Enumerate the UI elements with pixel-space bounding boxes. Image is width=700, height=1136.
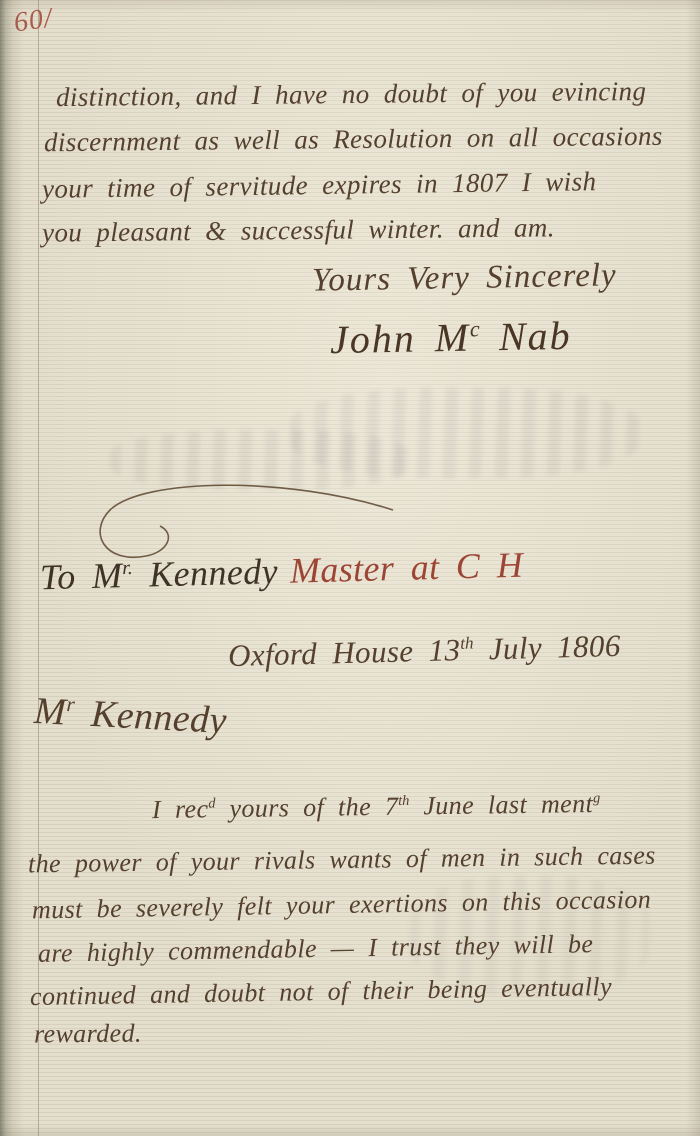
manuscript-page: 60/ distinction, and I have no doubt of … [0, 0, 700, 1136]
docket-addressee: To Mr. Kennedy [40, 551, 279, 597]
letter-dateline: Oxford House 13th July 1806 [228, 628, 622, 674]
signature-part: John M [330, 315, 471, 362]
opening-part: I rec [152, 794, 209, 824]
docket-superscript: r. [122, 557, 133, 579]
docket-part: Kennedy [132, 551, 278, 595]
letter-salutation: Mr Kennedy [33, 689, 228, 743]
dateline-superscript: th [460, 633, 474, 652]
dateline-part: Oxford House 13 [228, 632, 461, 673]
opening-superscript: th [398, 793, 409, 809]
salutation-part: M [33, 690, 67, 734]
signature-part: Nab [479, 313, 571, 360]
letter-body-line: rewarded. [34, 1019, 142, 1050]
salutation-part: Kennedy [73, 692, 228, 742]
docket-title-red-ink: Master at C H [289, 545, 523, 591]
signature-superscript: c [470, 316, 480, 341]
letter-body-line: discernment as well as Resolution on all… [44, 121, 663, 158]
opening-superscript: g [593, 790, 600, 806]
opening-part: yours of the 7 [215, 792, 398, 824]
letter-signature: John Mc Nab [330, 312, 572, 363]
docket-part: To M [40, 555, 123, 597]
letter-body-line: the power of your rivals wants of men in… [28, 841, 656, 880]
letter-body-line: distinction, and I have no doubt of you … [56, 76, 647, 113]
opening-part: June last ment [409, 789, 593, 821]
letter-body-line: you pleasant & successful winter. and am… [42, 212, 555, 248]
letter-closing: Yours Very Sincerely [312, 257, 617, 299]
letter-opening-line: I recd yours of the 7th June last mentg [152, 789, 601, 825]
dateline-part: July 1806 [473, 628, 621, 667]
page-number: 60/ [12, 2, 55, 39]
letter-body-line: continued and doubt not of their being e… [30, 972, 612, 1012]
letter-body-line: your time of servitude expires in 1807 I… [42, 166, 597, 205]
